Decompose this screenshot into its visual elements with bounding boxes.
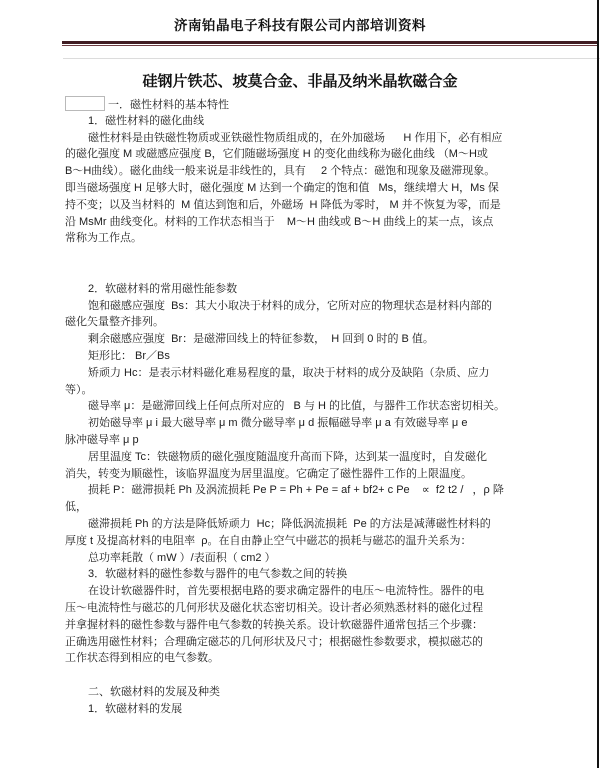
document-body: 一．磁性材料的基本特性1．磁性材料的磁化曲线磁性材料是由铁磁性物质或亚铁磁性物质… <box>65 96 545 717</box>
text-line-content: 的磁化强度 M 或磁感应强度 B，它们随磁场强度 H 的变化曲线称为磁化曲线 （… <box>65 148 488 160</box>
header-rule <box>62 41 598 46</box>
text-line-content: 2．软磁材料的常用磁性能参数 <box>88 283 237 295</box>
text-line: 矩形比： Br／Bs <box>65 348 545 365</box>
text-line-content: 并拿握材料的磁性参数与器件电气参数的转换关系。设计软磁器件通常包括三个步骤： <box>65 619 483 631</box>
text-line-content: 饱和磁感应强度 Bs：其大小取决于材料的成分，它所对应的物理状态是材料内部的 <box>88 300 492 312</box>
text-line-content: 厚度 t 及提高材料的电阻率 ρ。在自由静止空气中磁芯的损耗与磁芯的温升关系为： <box>65 535 472 547</box>
text-line-content: 等）。 <box>65 384 93 396</box>
text-line: 正确选用磁性材料；合理确定磁芯的几何形状及尺寸；根据磁性参数要求，模拟磁芯的 <box>65 634 545 651</box>
text-line: 一．磁性材料的基本特性 <box>65 96 545 113</box>
text-line: 脉冲磁导率 μ p <box>65 432 545 449</box>
text-line: 消失，转变为顺磁性，该临界温度为居里温度。它确定了磁性器件工作的上限温度。 <box>65 466 545 483</box>
text-line-content: 消失，转变为顺磁性，该临界温度为居里温度。它确定了磁性器件工作的上限温度。 <box>65 468 472 480</box>
blank-line <box>65 264 545 281</box>
page-edge-line <box>597 0 599 768</box>
divider-line <box>63 58 600 59</box>
text-line: 磁性材料是由铁磁性物质或亚铁磁性物质组成的，在外加磁场 H 作用下，必有相应 <box>65 130 545 147</box>
page-header: 济南铂晶电子科技有限公司内部培训资料 <box>0 14 600 34</box>
text-line-content: 脉冲磁导率 μ p <box>65 434 139 446</box>
text-line-content: 磁化矢量整齐排列。 <box>65 316 164 328</box>
text-line: 损耗 P：磁滞损耗 Ph 及涡流损耗 Pe P = Ph + Pe = af +… <box>65 482 545 499</box>
blank-line <box>65 247 545 264</box>
text-line: 磁滞损耗 Ph 的方法是降低矫顽力 Hc；降低涡流损耗 Pe 的方法是减薄磁性材… <box>65 516 545 533</box>
text-line-content: 沿 MsMr 曲线变化。材料的工作状态相当于 M～H 曲线或 B～H 曲线上的某… <box>65 216 493 228</box>
text-line: 压～电流特性与磁芯的几何形状及磁化状态密切相关。设计者必须熟悉材料的磁化过程 <box>65 600 545 617</box>
text-line-content: 二、软磁材料的发展及种类 <box>88 686 220 698</box>
text-line: 磁导率 μ：是磁滞回线上任何点所对应的 B 与 H 的比值，与器件工作状态密切相… <box>65 398 545 415</box>
text-line-content: 矩形比： Br／Bs <box>88 350 170 362</box>
text-line-content: 损耗 P：磁滞损耗 Ph 及涡流损耗 Pe P = Ph + Pe = af +… <box>88 484 504 496</box>
text-line-content: 矫顽力 Hc：是表示材料磁化难易程度的量，取决于材料的成分及缺陷（杂质、应力 <box>88 367 490 379</box>
text-line: 1．磁性材料的磁化曲线 <box>65 113 545 130</box>
text-line: 厚度 t 及提高材料的电阻率 ρ。在自由静止空气中磁芯的损耗与磁芯的温升关系为： <box>65 533 545 550</box>
text-line: 饱和磁感应强度 Bs：其大小取决于材料的成分，它所对应的物理状态是材料内部的 <box>65 298 545 315</box>
text-line: 2．软磁材料的常用磁性能参数 <box>65 281 545 298</box>
text-line: 沿 MsMr 曲线变化。材料的工作状态相当于 M～H 曲线或 B～H 曲线上的某… <box>65 214 545 231</box>
text-line-content: 工作状态得到相应的电气参数。 <box>65 652 219 664</box>
text-line: 磁化矢量整齐排列。 <box>65 314 545 331</box>
text-line: 低， <box>65 499 545 516</box>
blank-line <box>65 667 545 684</box>
text-line-content: 初始磁导率 μ i 最大磁导率 μ m 微分磁导率 μ d 振幅磁导率 μ a … <box>88 417 467 429</box>
text-line: 矫顽力 Hc：是表示材料磁化难易程度的量，取决于材料的成分及缺陷（杂质、应力 <box>65 365 545 382</box>
text-line: 即当磁场强度 H 足够大时，磁化强度 M 达到一个确定的饱和值 Ms，继续增大 … <box>65 180 545 197</box>
text-line-content: 即当磁场强度 H 足够大时，磁化强度 M 达到一个确定的饱和值 Ms，继续增大 … <box>65 182 499 194</box>
text-line-content: 常称为工作点。 <box>65 232 142 244</box>
text-line-content: 1．磁性材料的磁化曲线 <box>88 115 204 127</box>
text-line: 剩余磁感应强度 Br：是磁滞回线上的特征参数， H 回到 0 时的 B 值。 <box>65 331 545 348</box>
text-line-content: 持不变；以及当材料的 M 值达到饱和后，外磁场 H 降低为零时， M 并不恢复为… <box>65 199 501 211</box>
text-line-content: 剩余磁感应强度 Br：是磁滞回线上的特征参数， H 回到 0 时的 B 值。 <box>88 333 434 345</box>
text-line: 并拿握材料的磁性参数与器件电气参数的转换关系。设计软磁器件通常包括三个步骤： <box>65 617 545 634</box>
text-line-content: 3．软磁材料的磁性参数与器件的电气参数之间的转换 <box>88 568 347 580</box>
text-line: 常称为工作点。 <box>65 230 545 247</box>
text-line-content: 总功率耗散（ mW ）/表面积（ cm2 ） <box>88 552 276 564</box>
text-line: 二、软磁材料的发展及种类 <box>65 684 545 701</box>
text-line-content: 在设计软磁器件时，首先要根据电路的要求确定器件的电压～电流特性。器件的电 <box>88 585 484 597</box>
text-line-content: 1．软磁材料的发展 <box>88 703 182 715</box>
text-line-content: 正确选用磁性材料；合理确定磁芯的几何形状及尺寸；根据磁性参数要求，模拟磁芯的 <box>65 636 483 648</box>
text-line: 总功率耗散（ mW ）/表面积（ cm2 ） <box>65 550 545 567</box>
text-line: 初始磁导率 μ i 最大磁导率 μ m 微分磁导率 μ d 振幅磁导率 μ a … <box>65 415 545 432</box>
text-line: 居里温度 Tc：铁磁物质的磁化强度随温度升高而下降，达到某一温度时，自发磁化 <box>65 449 545 466</box>
text-line-content: 居里温度 Tc：铁磁物质的磁化强度随温度升高而下降，达到某一温度时，自发磁化 <box>88 451 487 463</box>
document-page: 济南铂晶电子科技有限公司内部培训资料 硅钢片铁芯、坡莫合金、非晶及纳米晶软磁合金… <box>0 0 600 768</box>
text-line-content: 磁滞损耗 Ph 的方法是降低矫顽力 Hc；降低涡流损耗 Pe 的方法是减薄磁性材… <box>88 518 491 530</box>
text-line: 工作状态得到相应的电气参数。 <box>65 650 545 667</box>
text-line: 等）。 <box>65 382 545 399</box>
document-title: 硅钢片铁芯、坡莫合金、非晶及纳米晶软磁合金 <box>0 70 600 91</box>
text-line-content: 一．磁性材料的基本特性 <box>108 99 229 111</box>
text-line-content: B～H曲线）。磁化曲线一般来说是非线性的，具有 2 个特点：磁饱和现象及磁滞现象… <box>65 165 495 177</box>
text-line-content: 压～电流特性与磁芯的几何形状及磁化状态密切相关。设计者必须熟悉材料的磁化过程 <box>65 602 483 614</box>
text-line: 持不变；以及当材料的 M 值达到饱和后，外磁场 H 降低为零时， M 并不恢复为… <box>65 197 545 214</box>
text-line-content: 低， <box>65 501 87 513</box>
text-line: B～H曲线）。磁化曲线一般来说是非线性的，具有 2 个特点：磁饱和现象及磁滞现象… <box>65 163 545 180</box>
text-line: 的磁化强度 M 或磁感应强度 B，它们随磁场强度 H 的变化曲线称为磁化曲线 （… <box>65 146 545 163</box>
text-line: 3．软磁材料的磁性参数与器件的电气参数之间的转换 <box>65 566 545 583</box>
empty-inline-box <box>65 96 105 111</box>
text-line-content: 磁导率 μ：是磁滞回线上任何点所对应的 B 与 H 的比值，与器件工作状态密切相… <box>88 400 505 412</box>
text-line-content: 磁性材料是由铁磁性物质或亚铁磁性物质组成的，在外加磁场 H 作用下，必有相应 <box>88 132 502 144</box>
text-line: 在设计软磁器件时，首先要根据电路的要求确定器件的电压～电流特性。器件的电 <box>65 583 545 600</box>
text-line: 1．软磁材料的发展 <box>65 701 545 718</box>
